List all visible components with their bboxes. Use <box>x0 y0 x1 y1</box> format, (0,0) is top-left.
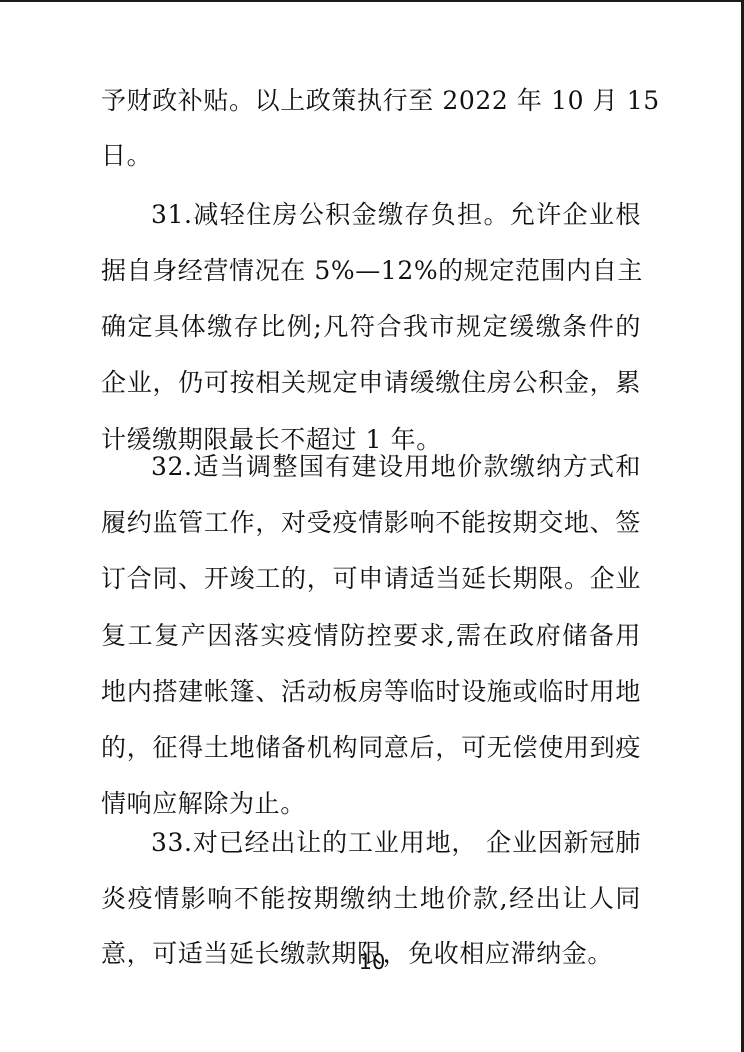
paragraph-32-first-line: 32.适当调整国有建设用地价款缴纳方式和 <box>151 452 641 482</box>
text-line: 企业，仍可按相关规定申请缓缴住房公积金，累 <box>101 368 641 398</box>
text-line: 复工复产因落实疫情防控要求,需在政府储备用 <box>101 621 641 651</box>
text-line: 订合同、开竣工的，可申请适当延长期限。企业 <box>101 564 641 594</box>
text-line: 履约监管工作，对受疫情影响不能按期交地、签 <box>101 508 641 538</box>
text-line: 炎疫情影响不能按期缴纳土地价款,经出让人同 <box>101 884 641 914</box>
text-line: 情响应解除为止。 <box>101 789 306 819</box>
page-number: 10 <box>352 950 392 974</box>
paragraph-33-first-line: 33.对已经出让的工业用地， 企业因新冠肺 <box>151 828 641 858</box>
text-line: 地内搭建帐篷、活动板房等临时设施或临时用地 <box>101 677 641 707</box>
text-line: 确定具体缴存比例;凡符合我市规定缓缴条件的 <box>101 312 641 342</box>
text-line: 予财政补贴。以上政策执行至 2022 年 10 月 15 <box>101 86 641 116</box>
document-page: 予财政补贴。以上政策执行至 2022 年 10 月 15 日。 31.减轻住房公… <box>0 0 744 1052</box>
text-line: 计缓缴期限最长不超过 1 年。 <box>101 425 442 455</box>
text-line: 日。 <box>101 141 152 171</box>
paragraph-31-first-line: 31.减轻住房公积金缴存负担。允许企业根 <box>151 200 641 230</box>
text-line: 的，征得土地储备机构同意后，可无偿使用到疫 <box>101 733 641 763</box>
text-line: 据自身经营情况在 5%—12%的规定范围内自主 <box>101 256 641 286</box>
